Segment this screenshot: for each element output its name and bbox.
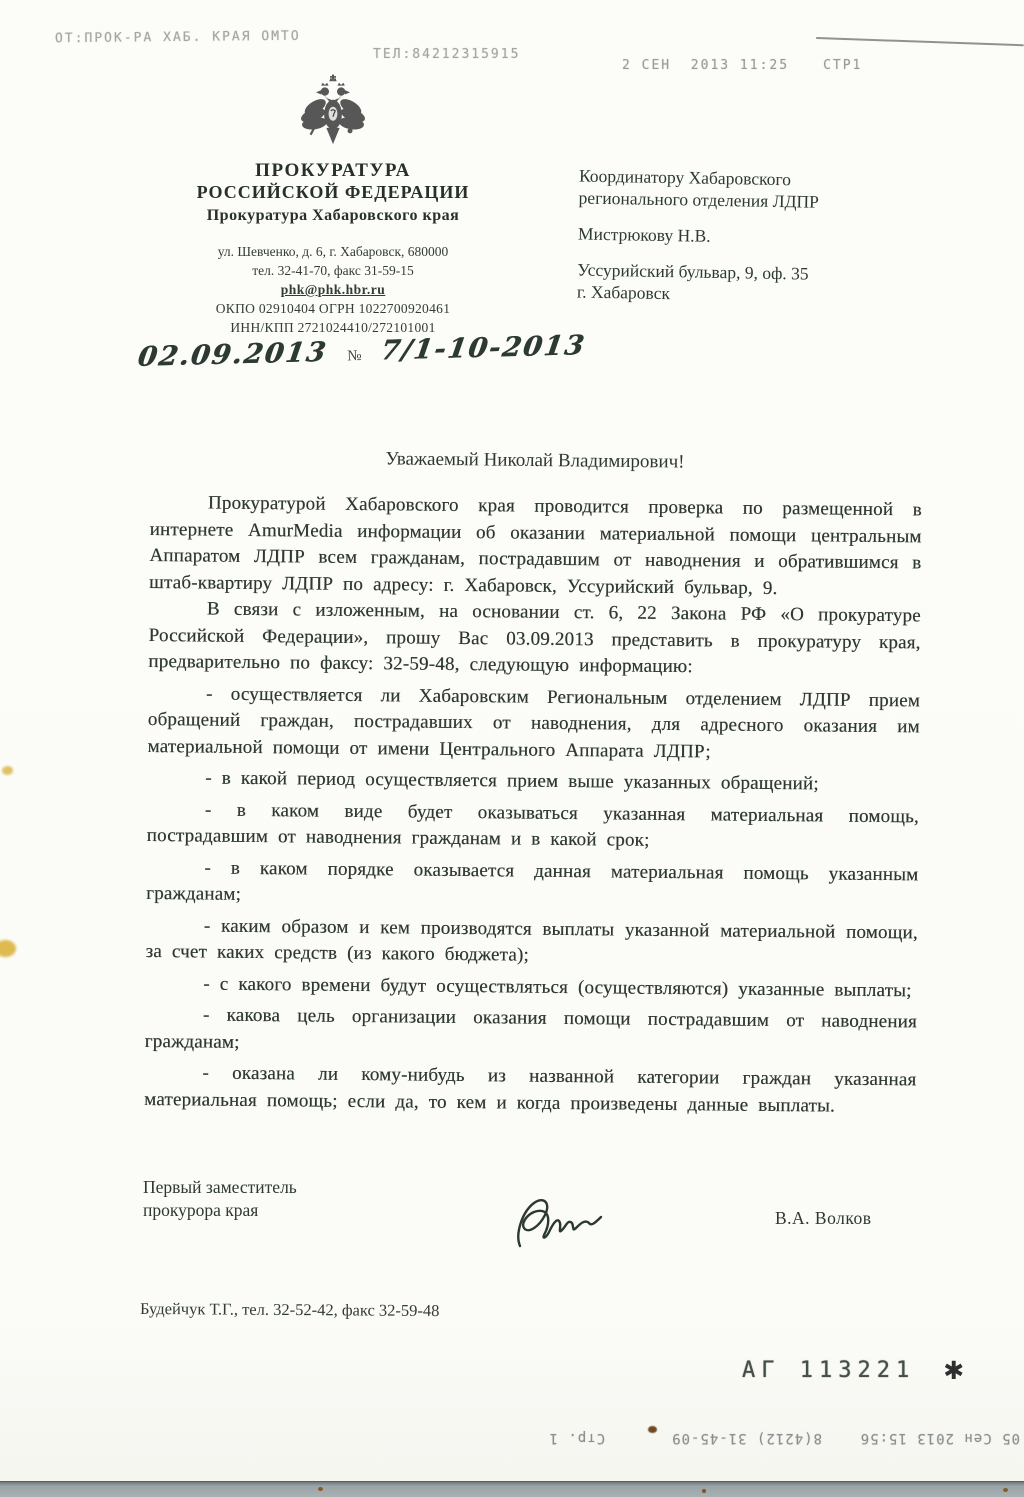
request-item-8: - оказана ли кому-нибудь из названной ка…: [144, 1060, 916, 1120]
fax-header-page: СТР1: [823, 58, 862, 73]
outgoing-date: 02.09.2013: [136, 337, 330, 373]
fax-footer: 05 Сен 2013 15:56 8(4212) 31-45-09 Стр. …: [582, 1430, 1020, 1446]
org-name-line2: РОССИЙСКОЙ ФЕДЕРАЦИИ: [150, 181, 516, 203]
request-item-6: - с какого времени будут осуществляться …: [145, 970, 917, 1004]
request-item-4: - в каком порядке оказывается данная мат…: [146, 854, 918, 914]
signer-position-line2: прокурора края: [143, 1199, 297, 1222]
executor-info: Будейчук Т.Г., тел. 32-52-42, факс 32-59…: [140, 1299, 440, 1321]
stamp-code: АГ 113221: [742, 1358, 915, 1383]
stain-spot: [648, 1426, 657, 1433]
stain-spot: [318, 1487, 323, 1491]
signer-position-line1: Первый заместитель: [143, 1176, 297, 1199]
signature-stroke-icon: [500, 1182, 625, 1257]
letterhead-contacts: ул. Шевченко, д. 6, г. Хабаровск, 680000…: [150, 242, 516, 337]
stain-spot: [1003, 1488, 1008, 1492]
org-address: ул. Шевченко, д. 6, г. Хабаровск, 680000: [150, 242, 516, 261]
stain-spot: [2, 766, 13, 775]
letterhead: ПРОКУРАТУРА РОССИЙСКОЙ ФЕДЕРАЦИИ Прокура…: [150, 160, 516, 227]
request-item-2: - в какой период осуществляется прием вы…: [147, 765, 919, 799]
body-paragraph-1: Прокуратурой Хабаровского края проводитс…: [149, 490, 922, 603]
registration-stamp: АГ 113221 ✱: [742, 1356, 964, 1385]
request-item-7: - какова цель организации оказания помощ…: [145, 1002, 917, 1062]
request-item-5: - каким образом и кем производятся выпла…: [145, 912, 917, 972]
fax-header-tel: ТЕЛ:84212315915: [373, 47, 520, 62]
org-phone-fax: тел. 32-41-70, факс 31-59-15: [150, 261, 516, 280]
coat-of-arms-icon: [296, 74, 370, 163]
number-sign: №: [347, 348, 362, 365]
fax-header-from: ОТ:ПРОК-РА ХАБ. КРАЯ ОМТО: [55, 29, 301, 47]
signer-position: Первый заместитель прокурора края: [143, 1176, 297, 1222]
request-item-1: - осуществляется ли Хабаровским Регионал…: [147, 680, 920, 767]
scanner-edge-bar: [0, 1481, 1024, 1497]
fax-header-right: 2 СЕН 2013 11:25 СТР1: [622, 58, 862, 73]
scanned-letter-page: ОТ:ПРОК-РА ХАБ. КРАЯ ОМТО ТЕЛ:8421231591…: [0, 0, 1024, 1497]
org-email: phk@phk.hbr.ru: [150, 280, 516, 299]
stain-spot: [0, 940, 16, 957]
request-item-3: - в каком виде будет оказываться указанн…: [147, 796, 919, 856]
signer-name: В.А. Волков: [775, 1208, 872, 1229]
org-okpo-ogrn: ОКПО 02910404 ОГРН 1022700920461: [150, 299, 516, 318]
salutation: Уважаемый Николай Владимирович!: [150, 446, 920, 476]
org-name-line1: ПРОКУРАТУРА: [150, 160, 516, 181]
scan-artifact-line: [816, 37, 1024, 46]
asterisk-mark-icon: ✱: [943, 1356, 964, 1385]
org-name-line3: Прокуратура Хабаровского края: [150, 205, 516, 227]
letter-body: Прокуратурой Хабаровского края проводитс…: [144, 490, 922, 1120]
recipient-block: Координатору Хабаровского регионального …: [577, 165, 979, 310]
stain-spot: [702, 1489, 706, 1493]
fax-header-datetime: 2 СЕН 2013 11:25: [622, 58, 789, 73]
body-paragraph-2: В связи с изложенным, на основании ст. 6…: [148, 596, 921, 683]
outgoing-number: 7/1-10-2013: [379, 330, 588, 366]
